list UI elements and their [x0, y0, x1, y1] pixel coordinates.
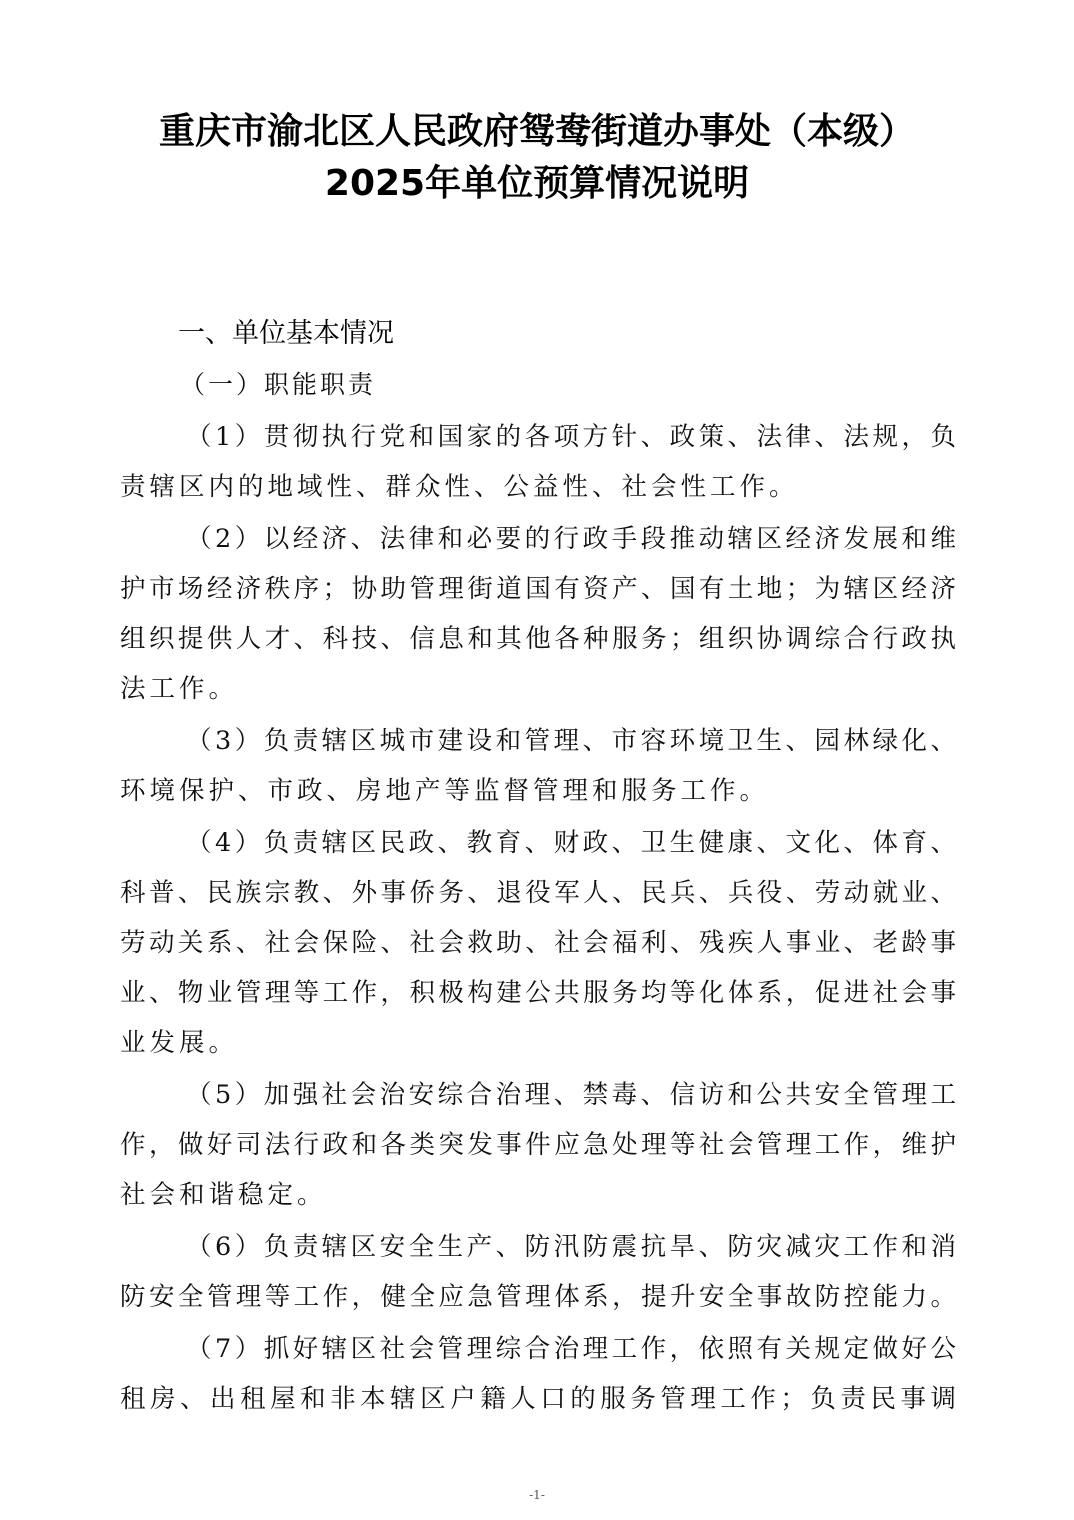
paragraph-2-line-2: 护市场经济秩序；协助管理街道国有资产、国有土地；为辖区经济 [120, 572, 956, 606]
paragraph-2-line-1: （2）以经济、法律和必要的行政手段推动辖区经济发展和维 [186, 522, 956, 556]
paragraph-6-line-2: 防安全管理等工作，健全应急管理体系，提升安全事故防控能力。 [120, 1280, 956, 1314]
page-number: -1- [0, 1488, 1074, 1502]
document-title-line-2: 2025年单位预算情况说明 [0, 162, 1074, 206]
subsection-heading: （一）职能职责 [180, 368, 376, 402]
paragraph-4-line-3: 劳动关系、社会保险、社会救助、社会福利、残疾人事业、老龄事 [120, 926, 956, 960]
paragraph-4-line-5: 业发展。 [120, 1026, 956, 1060]
paragraph-6-line-1: （6）负责辖区安全生产、防汛防震抗旱、防灾减灾工作和消 [186, 1230, 956, 1264]
document-title-line-1: 重庆市渝北区人民政府鸳鸯街道办事处（本级） [0, 110, 1074, 154]
paragraph-4-line-2: 科普、民族宗教、外事侨务、退役军人、民兵、兵役、劳动就业、 [120, 876, 956, 910]
paragraph-4-line-1: （4）负责辖区民政、教育、财政、卫生健康、文化、体育、 [186, 826, 956, 860]
paragraph-1-line-2: 责辖区内的地域性、群众性、公益性、社会性工作。 [120, 470, 956, 504]
paragraph-7-line-2: 租房、出租屋和非本辖区户籍人口的服务管理工作；负责民事调 [120, 1382, 956, 1416]
paragraph-1-line-1: （1）贯彻执行党和国家的各项方针、政策、法律、法规，负 [186, 420, 956, 454]
document-page: 重庆市渝北区人民政府鸳鸯街道办事处（本级） 2025年单位预算情况说明 一、单位… [0, 0, 1074, 1520]
paragraph-7-line-1: （7）抓好辖区社会管理综合治理工作，依照有关规定做好公 [186, 1332, 956, 1366]
paragraph-3-line-2: 环境保护、市政、房地产等监督管理和服务工作。 [120, 774, 956, 808]
paragraph-5-line-1: （5）加强社会治安综合治理、禁毒、信访和公共安全管理工 [186, 1078, 956, 1112]
paragraph-2-line-3: 组织提供人才、科技、信息和其他各种服务；组织协调综合行政执 [120, 622, 956, 656]
paragraph-4-line-4: 业、物业管理等工作，积极构建公共服务均等化体系，促进社会事 [120, 976, 956, 1010]
paragraph-5-line-2: 作，做好司法行政和各类突发事件应急处理等社会管理工作，维护 [120, 1128, 956, 1162]
paragraph-2-line-4: 法工作。 [120, 672, 956, 706]
paragraph-3-line-1: （3）负责辖区城市建设和管理、市容环境卫生、园林绿化、 [186, 724, 956, 758]
paragraph-5-line-3: 社会和谐稳定。 [120, 1178, 956, 1212]
section-heading: 一、单位基本情况 [178, 316, 394, 352]
